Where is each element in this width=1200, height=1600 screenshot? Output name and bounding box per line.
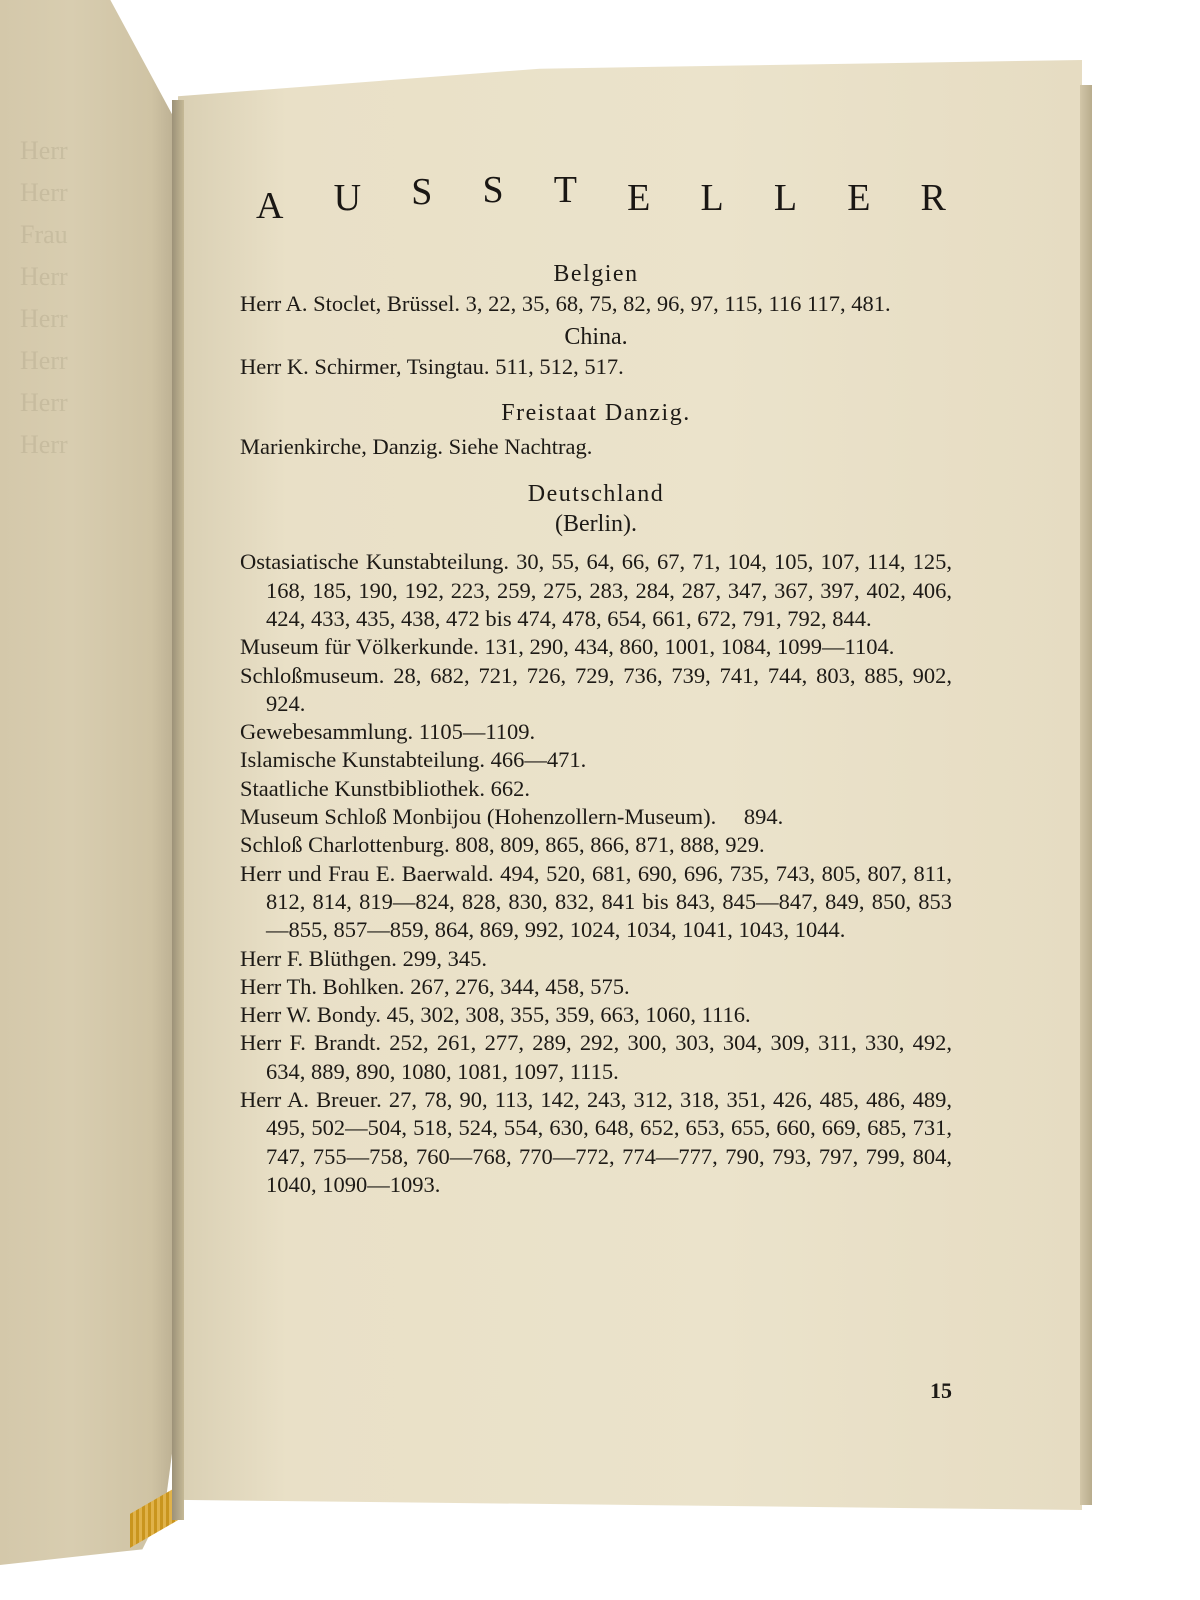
exhibitor-entry: Herr W. Bondy. 45, 302, 308, 355, 359, 6…	[240, 1001, 952, 1029]
exhibitor-entry: Islamische Kunstabteilung. 466—471.	[240, 746, 952, 774]
exhibitor-entry: Museum für Völkerkunde. 131, 290, 434, 8…	[240, 633, 952, 661]
exhibitor-entry: Herr A. Stoclet, Brüssel. 3, 22, 35, 68,…	[240, 290, 952, 318]
country-heading: China.	[240, 323, 952, 351]
exhibitor-entry: Herr A. Breuer. 27, 78, 90, 113, 142, 24…	[240, 1086, 952, 1199]
ghost-line: Herr	[20, 424, 170, 466]
exhibitor-entry: Marienkirche, Danzig. Siehe Nachtrag.	[240, 433, 952, 461]
country-heading: Deutschland	[240, 480, 952, 508]
exhibitor-name: Gewebesammlung.	[240, 719, 413, 744]
catalog-numbers: 45, 302, 308, 355, 359, 663, 1060, 1116.	[387, 1002, 751, 1027]
exhibitor-name: Herr F. Blüthgen.	[240, 946, 397, 971]
catalog-numbers: 3, 22, 35, 68, 75, 82, 96, 97, 115, 116 …	[466, 291, 891, 316]
exhibitor-entry: Staatliche Kunstbibliothek. 662.	[240, 775, 952, 803]
exhibitor-list: Belgien Herr A. Stoclet, Brüssel. 3, 22,…	[240, 256, 952, 1199]
exhibitor-entry: Museum Schloß Monbijou (Hohenzollern-Mus…	[240, 803, 952, 831]
title-letter: S	[411, 170, 432, 228]
exhibitor-name: Museum für Völkerkunde.	[240, 634, 479, 659]
exhibitor-name: Herr A. Stoclet, Brüssel.	[240, 291, 460, 316]
exhibitor-entry: Herr F. Brandt. 252, 261, 277, 289, 292,…	[240, 1029, 952, 1086]
ghost-line: Herr	[20, 298, 170, 340]
exhibitor-name: Museum Schloß Monbijou (Hohenzollern-Mus…	[240, 804, 716, 829]
exhibitor-entry: Herr K. Schirmer, Tsingtau. 511, 512, 51…	[240, 353, 952, 381]
exhibitor-name: Herr Th. Bohlken.	[240, 974, 405, 999]
exhibitor-entry: Herr F. Blüthgen. 299, 345.	[240, 945, 952, 973]
exhibitor-name: Schloßmuseum.	[240, 663, 384, 688]
title-letter: R	[921, 176, 946, 228]
exhibitor-entry: Gewebesammlung. 1105—1109.	[240, 718, 952, 746]
catalog-numbers: 1105—1109.	[419, 719, 535, 744]
exhibitor-name: Herr F. Brandt.	[240, 1030, 381, 1055]
ghost-line: Herr	[20, 256, 170, 298]
title-letter: S	[482, 168, 503, 228]
exhibitor-name: Herr K. Schirmer, Tsingtau.	[240, 354, 490, 379]
city-subheading: (Berlin).	[240, 510, 952, 538]
exhibitor-entry: Schloß Charlottenburg. 808, 809, 865, 86…	[240, 831, 952, 859]
title-letter: L	[774, 176, 797, 228]
ghost-line: Herr	[20, 130, 170, 172]
book-gutter	[172, 100, 184, 1520]
country-heading: Belgien	[240, 260, 952, 288]
catalog-numbers: 662.	[491, 776, 530, 801]
exhibitor-name: Herr A. Breuer.	[240, 1087, 382, 1112]
exhibitor-entry: Ostasiatische Kunstabteilung. 30, 55, 64…	[240, 548, 952, 633]
exhibitor-name: Ostasiatische Kunstabteilung.	[240, 549, 509, 574]
page-title: A U S S T E L L E R	[256, 176, 946, 228]
exhibitor-entry: Herr und Frau E. Baerwald. 494, 520, 681…	[240, 860, 952, 945]
exhibitor-name: Schloß Charlottenburg.	[240, 832, 450, 857]
title-letter: E	[627, 176, 650, 228]
exhibitor-name: Herr und Frau E. Baerwald.	[240, 861, 494, 886]
exhibitor-name: Staatliche Kunstbibliothek.	[240, 776, 485, 801]
title-letter: A	[256, 184, 283, 228]
title-letter: E	[847, 176, 870, 228]
catalog-numbers: 511, 512, 517.	[495, 354, 624, 379]
ghost-line: Frau	[20, 214, 170, 256]
country-heading: Freistaat Danzig.	[240, 399, 952, 427]
ghost-line: Herr	[20, 340, 170, 382]
catalog-numbers: 267, 276, 344, 458, 575.	[410, 974, 629, 999]
catalog-numbers: 299, 345.	[403, 946, 487, 971]
catalog-numbers: 808, 809, 865, 866, 871, 888, 929.	[455, 832, 764, 857]
title-letter: T	[554, 168, 577, 228]
left-page-bleed-text: Herr Herr Frau Herr Herr Herr Herr Herr	[20, 130, 170, 466]
catalog-numbers: 131, 290, 434, 860, 1001, 1084, 1099—110…	[485, 634, 895, 659]
exhibitor-name: Marienkirche, Danzig.	[240, 434, 443, 459]
exhibitor-entry: Schloßmuseum. 28, 682, 721, 726, 729, 73…	[240, 662, 952, 719]
exhibitor-name: Islamische Kunstabteilung.	[240, 747, 485, 772]
title-letter: U	[334, 176, 361, 228]
page-edge	[1080, 85, 1092, 1505]
ghost-line: Herr	[20, 172, 170, 214]
page-number: 15	[930, 1378, 952, 1404]
catalog-numbers: Siehe Nachtrag.	[449, 434, 593, 459]
exhibitor-name: Herr W. Bondy.	[240, 1002, 381, 1027]
ghost-line: Herr	[20, 382, 170, 424]
catalog-numbers: 466—471.	[491, 747, 587, 772]
left-page: Herr Herr Frau Herr Herr Herr Herr Herr	[0, 0, 178, 1565]
catalog-numbers: 894.	[744, 804, 783, 829]
title-letter: L	[700, 176, 723, 228]
exhibitor-entry: Herr Th. Bohlken. 267, 276, 344, 458, 57…	[240, 973, 952, 1001]
